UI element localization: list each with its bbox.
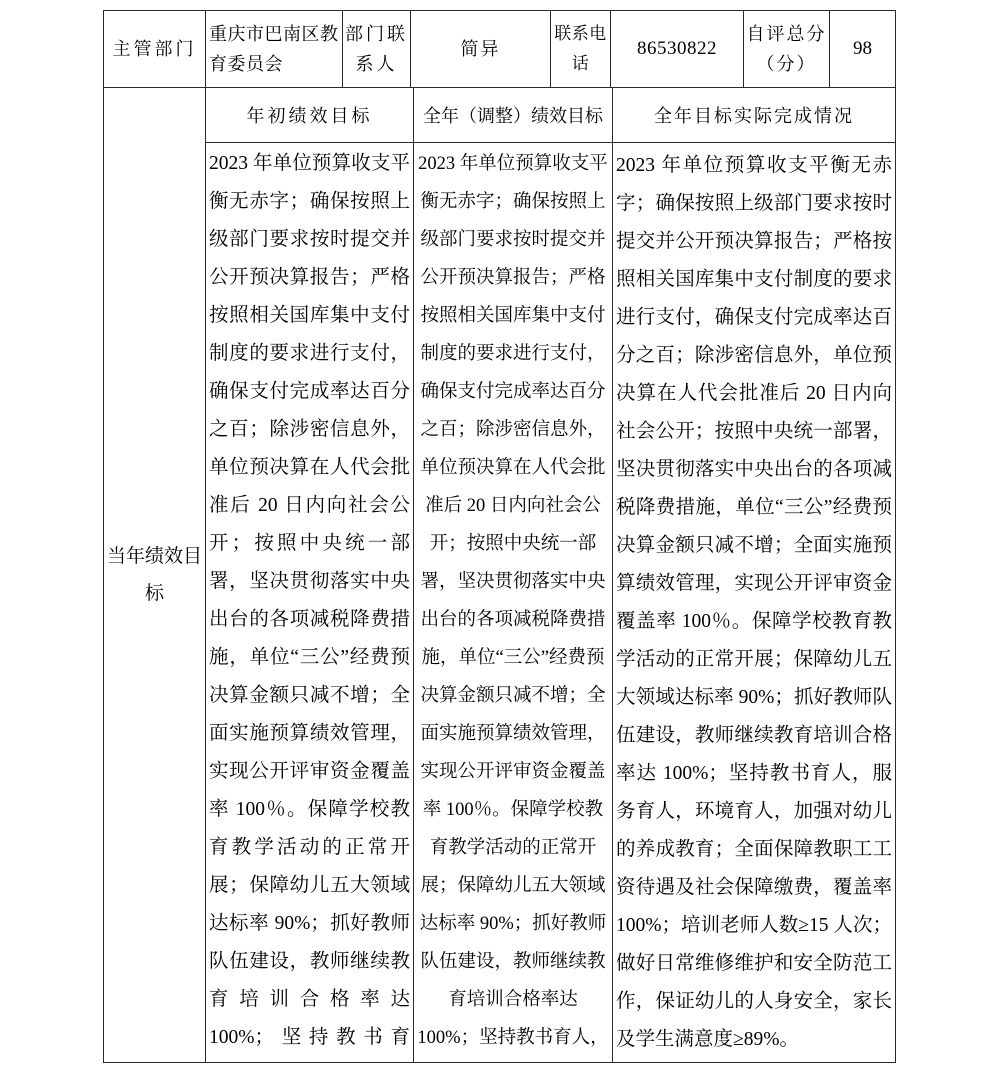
goals-header-row: 年初绩效目标 全年（调整）绩效目标 全年目标实际完成情况: [206, 88, 895, 143]
score-label-cell: 自评总分（分）: [744, 11, 830, 87]
goals-columns: 年初绩效目标 全年（调整）绩效目标 全年目标实际完成情况 2023 年单位预算收…: [206, 88, 895, 1062]
actual-result-header: 全年目标实际完成情况: [613, 88, 895, 142]
score-value-cell: 98: [830, 11, 895, 87]
document-page: 主管部门 重庆市巴南区教育委员会 部门联系人 简异 联系电话 86530822 …: [0, 0, 1000, 1070]
adjusted-goal-header: 全年（调整）绩效目标: [414, 88, 613, 142]
row-label-cell: 当年绩效目标: [104, 88, 206, 1062]
supervisor-value-cell: 重庆市巴南区教育委员会: [206, 11, 343, 87]
adjusted-goal-text: 2023 年单位预算收支平衡无赤字；确保按照上级部门要求按时提交并公开预决算报告…: [414, 143, 613, 1062]
actual-result-cell: 2023 年单位预算收支平衡无赤字；确保按照上级部门要求按时提交并公开预决算报告…: [613, 143, 895, 1062]
initial-goal-text: 2023 年单位预算收支平衡无赤字；确保按照上级部门要求按时提交并公开预决算报告…: [206, 143, 414, 1062]
info-row: 主管部门 重庆市巴南区教育委员会 部门联系人 简异 联系电话 86530822 …: [104, 11, 895, 88]
actual-result-text: 2023 年单位预算收支平衡无赤字；确保按照上级部门要求按时提交并公开预决算报告…: [616, 147, 892, 1059]
performance-self-evaluation-table: 主管部门 重庆市巴南区教育委员会 部门联系人 简异 联系电话 86530822 …: [103, 10, 896, 1063]
contact-value-cell: 简异: [411, 11, 551, 87]
goals-section: 当年绩效目标 年初绩效目标 全年（调整）绩效目标 全年目标实际完成情况 2023…: [104, 88, 895, 1062]
phone-value-cell: 86530822: [611, 11, 744, 87]
phone-label-cell: 联系电话: [551, 11, 611, 87]
initial-goal-header: 年初绩效目标: [206, 88, 414, 142]
supervisor-label-cell: 主管部门: [104, 11, 206, 87]
goals-body-row: 2023 年单位预算收支平衡无赤字；确保按照上级部门要求按时提交并公开预决算报告…: [206, 143, 895, 1062]
contact-label-cell: 部门联系人: [343, 11, 411, 87]
